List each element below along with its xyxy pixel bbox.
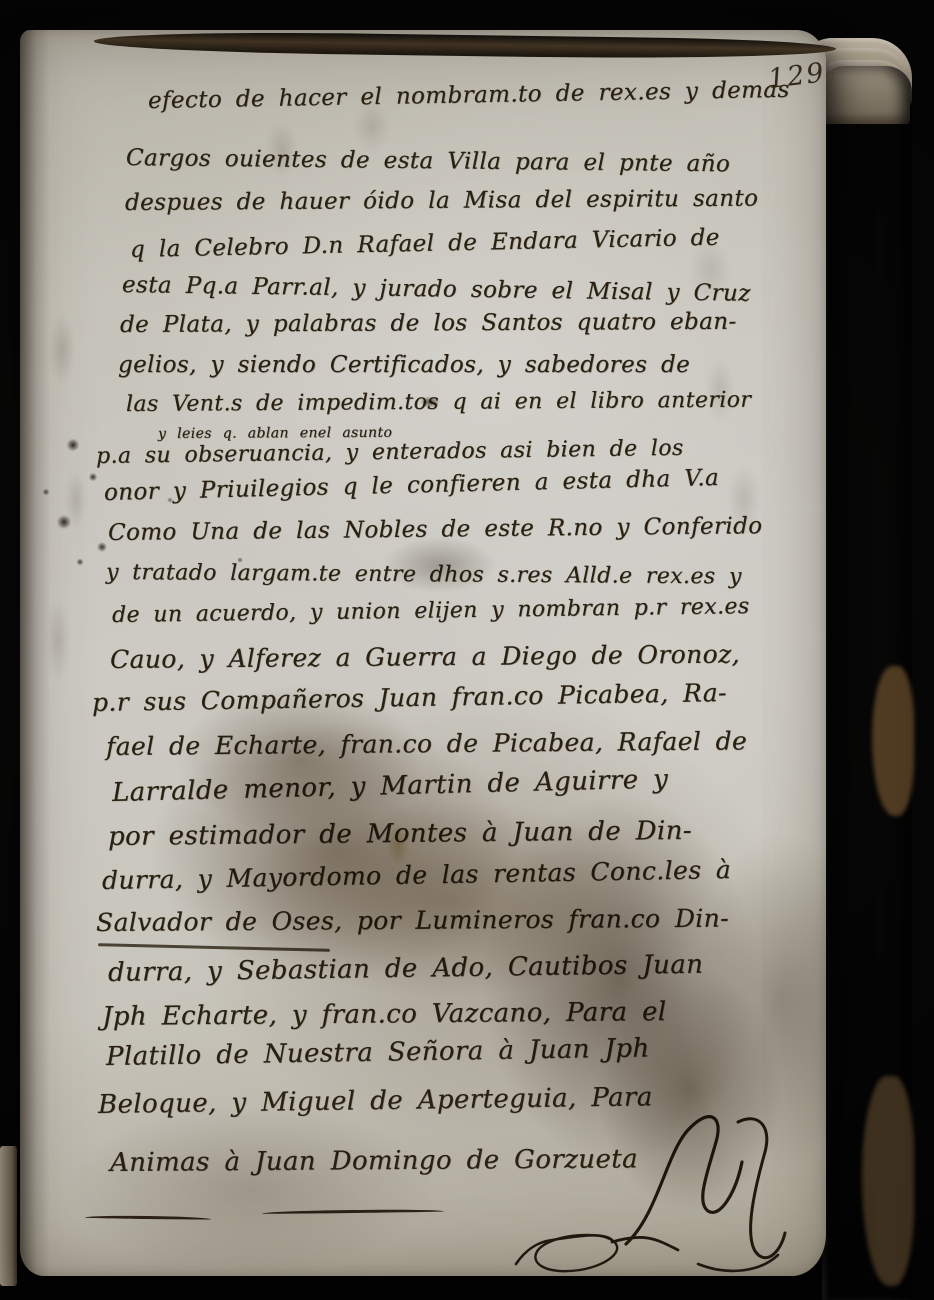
manuscript-line: durra, y Sebastian de Ado, Cautibos Juan — [108, 950, 704, 988]
fore-edge-stain — [872, 666, 914, 816]
manuscript-line: Cauo, y Alferez a Guerra a Diego de Oron… — [110, 640, 740, 674]
closing-rule-right — [262, 1209, 444, 1214]
folio-number-flourish: c — [825, 66, 838, 85]
signature-rubric — [508, 1092, 804, 1288]
fore-edge-stain — [862, 1076, 914, 1286]
underline-stroke — [98, 943, 330, 952]
book-fore-edge — [822, 66, 912, 1300]
manuscript-line: por estimador de Montes à Juan de Din- — [108, 816, 692, 852]
manuscript-line: Como Una de las Nobles de este R.no y Co… — [108, 513, 763, 546]
manuscript-line: p.r sus Compañeros Juan fran.co Picabea,… — [92, 678, 727, 717]
manuscript-line: Cargos ouientes de esta Villa para el pn… — [126, 145, 730, 177]
manuscript-line: fael de Echarte, fran.co de Picabea, Raf… — [106, 726, 747, 761]
manuscript-line: efecto de hacer el nombram.to de rex.es … — [148, 77, 790, 114]
handwritten-text-block: 129c efecto de hacer el nombram.to de re… — [20, 30, 826, 1276]
under-page-edge — [0, 1146, 17, 1286]
manuscript-line: q la Celebro D.n Rafael de Endara Vicari… — [130, 225, 720, 263]
manuscript-line: las Vent.s de impedim.tos q ai en el lib… — [126, 388, 751, 417]
manuscript-line: Jph Echarte, y fran.co Vazcano, Para el — [102, 997, 667, 1032]
manuscript-line: despues de hauer óido la Misa del espiri… — [125, 186, 758, 216]
manuscript-line: esta Pq.a Parr.al, y jurado sobre el Mis… — [122, 272, 751, 307]
closing-rule-left — [85, 1215, 211, 1220]
manuscript-line: durra, y Mayordomo de las rentas Conc.le… — [102, 855, 732, 895]
manuscript-page: 129c efecto de hacer el nombram.to de re… — [20, 30, 826, 1276]
manuscript-line: de un acuerdo, y union elijen y nombran … — [112, 594, 750, 628]
manuscript-line: Platillo de Nuestra Señora à Juan Jph — [106, 1033, 650, 1072]
manuscript-line: gelios, y siendo Certificados, y sabedor… — [118, 352, 690, 378]
manuscript-line: Salvador de Oses, por Lumineros fran.co … — [96, 904, 729, 937]
manuscript-photograph: 129c efecto de hacer el nombram.to de re… — [0, 0, 934, 1300]
manuscript-line: y tratado largam.te entre dhos s.res All… — [106, 560, 742, 589]
manuscript-line: de Plata, y palabras de los Santos quatr… — [120, 309, 737, 338]
manuscript-line: onor y Priuilegios q le confieren a esta… — [104, 465, 720, 506]
manuscript-line: Larralde menor, y Martin de Aguirre y — [112, 764, 669, 808]
